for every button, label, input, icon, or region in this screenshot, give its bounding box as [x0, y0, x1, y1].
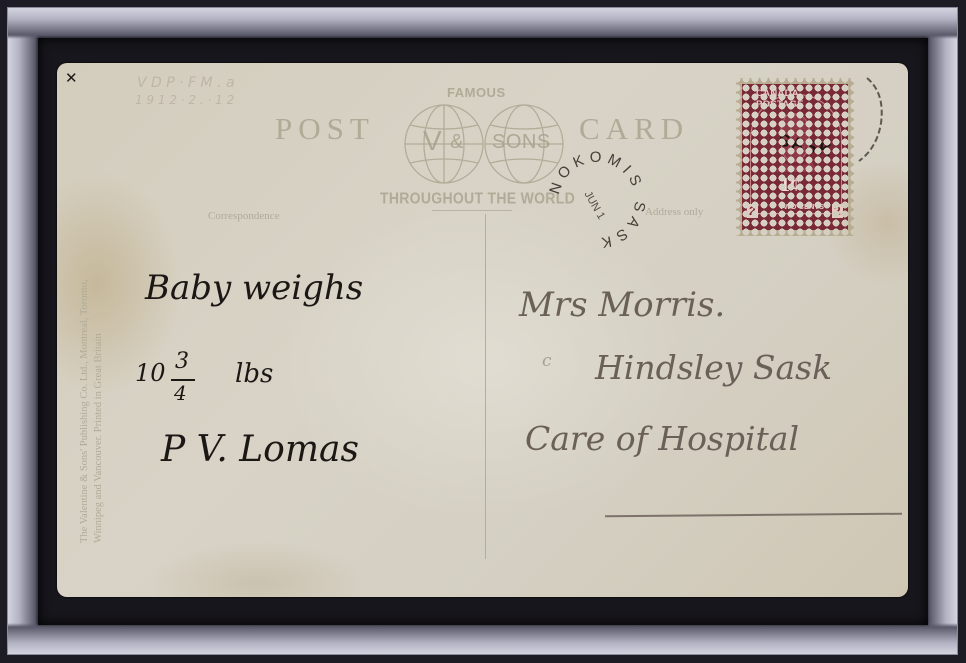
card-word: CARD: [579, 111, 689, 147]
stamp-value-right: 2: [832, 204, 843, 218]
address-label: Address only: [645, 206, 703, 218]
stamp-value-left: 2: [747, 204, 758, 218]
postmark-arc-fragment-icon: [847, 73, 897, 173]
correspondence-label: Correspondence: [208, 210, 279, 222]
stamp-face: CANADA POSTAGE 1¢ TWO CENTS 2 2 SASK: [742, 84, 848, 230]
message-weight-denominator: 4: [174, 381, 187, 405]
postcard-back: ✕ V D P · F M . a 1 9 1 2 · 2 . · 1 2 FA…: [57, 63, 908, 597]
address-line-2: Hindsley Sask: [595, 348, 832, 387]
address-line-3: Care of Hospital: [525, 419, 799, 458]
stamp-value-text: TWO CENTS: [779, 202, 824, 211]
faint-pencil-note: 1 9 1 2 · 2 . · 1 2: [135, 93, 234, 107]
faint-pencil-note: V D P · F M . a: [137, 75, 235, 91]
address-underline: [605, 513, 902, 518]
message-weight-numerator: 3: [175, 349, 189, 374]
post-word: POST: [275, 111, 375, 147]
postage-stamp: CANADA POSTAGE 1¢ TWO CENTS 2 2 SASK: [736, 78, 854, 236]
message-signature: P V. Lomas: [161, 429, 359, 470]
stamp-country: CANADA POSTAGE: [756, 88, 848, 110]
publisher-imprint-line2: Winnipeg and Vancouver. Printed in Great…: [93, 333, 104, 543]
center-divider: [485, 214, 486, 559]
address-care-mark: c: [542, 351, 552, 371]
publisher-imprint-line1: The Valentine & Sons' Publishing Co. Ltd…: [79, 279, 90, 543]
postmark: NOKOMIS SASK JUN 1: [545, 148, 649, 252]
stamp-overprint: 1¢: [780, 174, 800, 197]
svg-text:JUN 1: JUN 1: [581, 189, 607, 221]
header-rule: [432, 210, 512, 211]
corner-mark: ✕: [65, 69, 78, 87]
logo-sons: SONS: [492, 131, 551, 154]
message-line-1: Baby weighs: [145, 268, 363, 308]
message-weight-unit: lbs: [235, 359, 273, 389]
logo-ampersand: &: [450, 131, 463, 154]
message-weight-whole: 10: [135, 359, 166, 387]
famous-label: FAMOUS: [447, 85, 506, 100]
logo-letter-v: V: [423, 125, 442, 157]
address-line-1: Mrs Morris.: [519, 285, 725, 325]
postmark-circle-icon: NOKOMIS SASK JUN 1: [545, 148, 649, 252]
